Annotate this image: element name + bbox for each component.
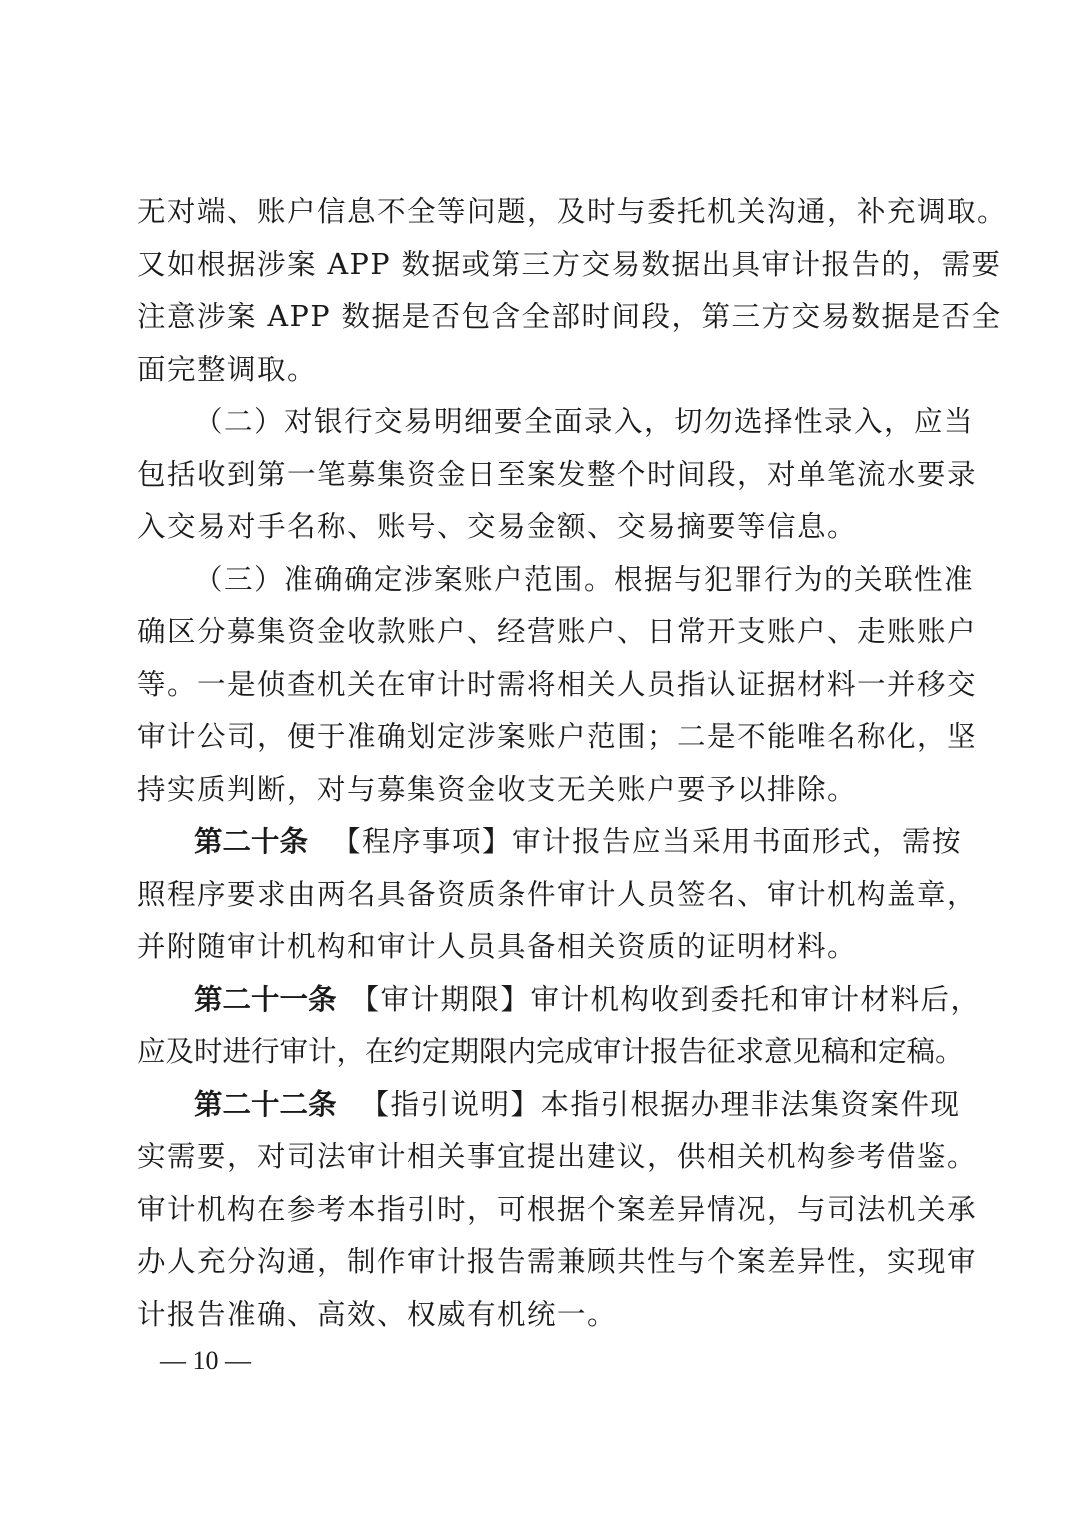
article-22: 第二十二条【指引说明】本指引根据办理非法集资案件现 实需要，对司法审计相关事宜提… <box>137 1079 937 1342</box>
text-line: 第二十二条【指引说明】本指引根据办理非法集资案件现 <box>137 1079 937 1132</box>
text-line: 审计机构在参考本指引时，可根据个案差异情况，与司法机关承 <box>137 1184 937 1237</box>
text-line: 办人充分沟通，制作审计报告需兼顾共性与个案差异性，实现审 <box>137 1236 937 1289</box>
text-line: 并附随审计机构和审计人员具备相关资质的证明材料。 <box>137 921 937 974</box>
page-number: — 10 — <box>160 1346 251 1376</box>
text-line: 应及时进行审计，在约定期限内完成审计报告征求意见稿和定稿。 <box>137 1026 937 1079</box>
text-line: 入交易对手名称、账号、交易金额、交易摘要等信息。 <box>137 501 937 554</box>
text-line: 等。一是侦查机关在审计时需将相关人员指认证据材料一并移交 <box>137 659 937 712</box>
text-line: （二）对银行交易明细要全面录入，切勿选择性录入，应当 <box>137 396 937 449</box>
article-heading: 第二十二条 <box>194 1088 337 1121</box>
text-line: 包括收到第一笔募集资金日至案发整个时间段，对单笔流水要录 <box>137 449 937 502</box>
article-21: 第二十一条【审计期限】审计机构收到委托和审计材料后， 应及时进行审计，在约定期限… <box>137 974 937 1079</box>
article-20: 第二十条【程序事项】审计报告应当采用书面形式，需按 照程序要求由两名具备资质条件… <box>137 816 937 974</box>
article-heading: 第二十条 <box>194 825 308 858</box>
text-line: 又如根据涉案 APP 数据或第三方交易数据出具审计报告的，需要 <box>137 239 937 292</box>
text-line: 第二十一条【审计期限】审计机构收到委托和审计材料后， <box>137 974 937 1027</box>
text-line: （三）准确确定涉案账户范围。根据与犯罪行为的关联性准 <box>137 554 937 607</box>
paragraph-item-3: （三）准确确定涉案账户范围。根据与犯罪行为的关联性准 确区分募集资金收款账户、经… <box>137 554 937 817</box>
text-line: 确区分募集资金收款账户、经营账户、日常开支账户、走账账户 <box>137 606 937 659</box>
document-page: 无对端、账户信息不全等问题，及时与委托机关沟通，补充调取。 又如根据涉案 APP… <box>137 186 937 1341</box>
article-heading: 第二十一条 <box>194 983 337 1016</box>
article-text: 【程序事项】审计报告应当采用书面形式，需按 <box>332 825 962 858</box>
text-line: 照程序要求由两名具备资质条件审计人员签名、审计机构盖章， <box>137 869 937 922</box>
text-line: 持实质判断，对与募集资金收支无关账户要予以排除。 <box>137 764 937 817</box>
text-line: 注意涉案 APP 数据是否包含全部时间段，第三方交易数据是否全 <box>137 291 937 344</box>
text-line: 面完整调取。 <box>137 344 937 397</box>
text-line: 计报告准确、高效、权威有机统一。 <box>137 1289 937 1342</box>
text-line: 第二十条【程序事项】审计报告应当采用书面形式，需按 <box>137 816 937 869</box>
text-line: 无对端、账户信息不全等问题，及时与委托机关沟通，补充调取。 <box>137 186 937 239</box>
paragraph-item-2: （二）对银行交易明细要全面录入，切勿选择性录入，应当 包括收到第一笔募集资金日至… <box>137 396 937 554</box>
text-line: 实需要，对司法审计相关事宜提出建议，供相关机构参考借鉴。 <box>137 1131 937 1184</box>
text-line: 审计公司，便于准确划定涉案账户范围；二是不能唯名称化，坚 <box>137 711 937 764</box>
article-text: 【指引说明】本指引根据办理非法集资案件现 <box>361 1088 961 1121</box>
article-text: 【审计期限】审计机构收到委托和审计材料后， <box>351 983 981 1016</box>
paragraph-continuation: 无对端、账户信息不全等问题，及时与委托机关沟通，补充调取。 又如根据涉案 APP… <box>137 186 937 396</box>
